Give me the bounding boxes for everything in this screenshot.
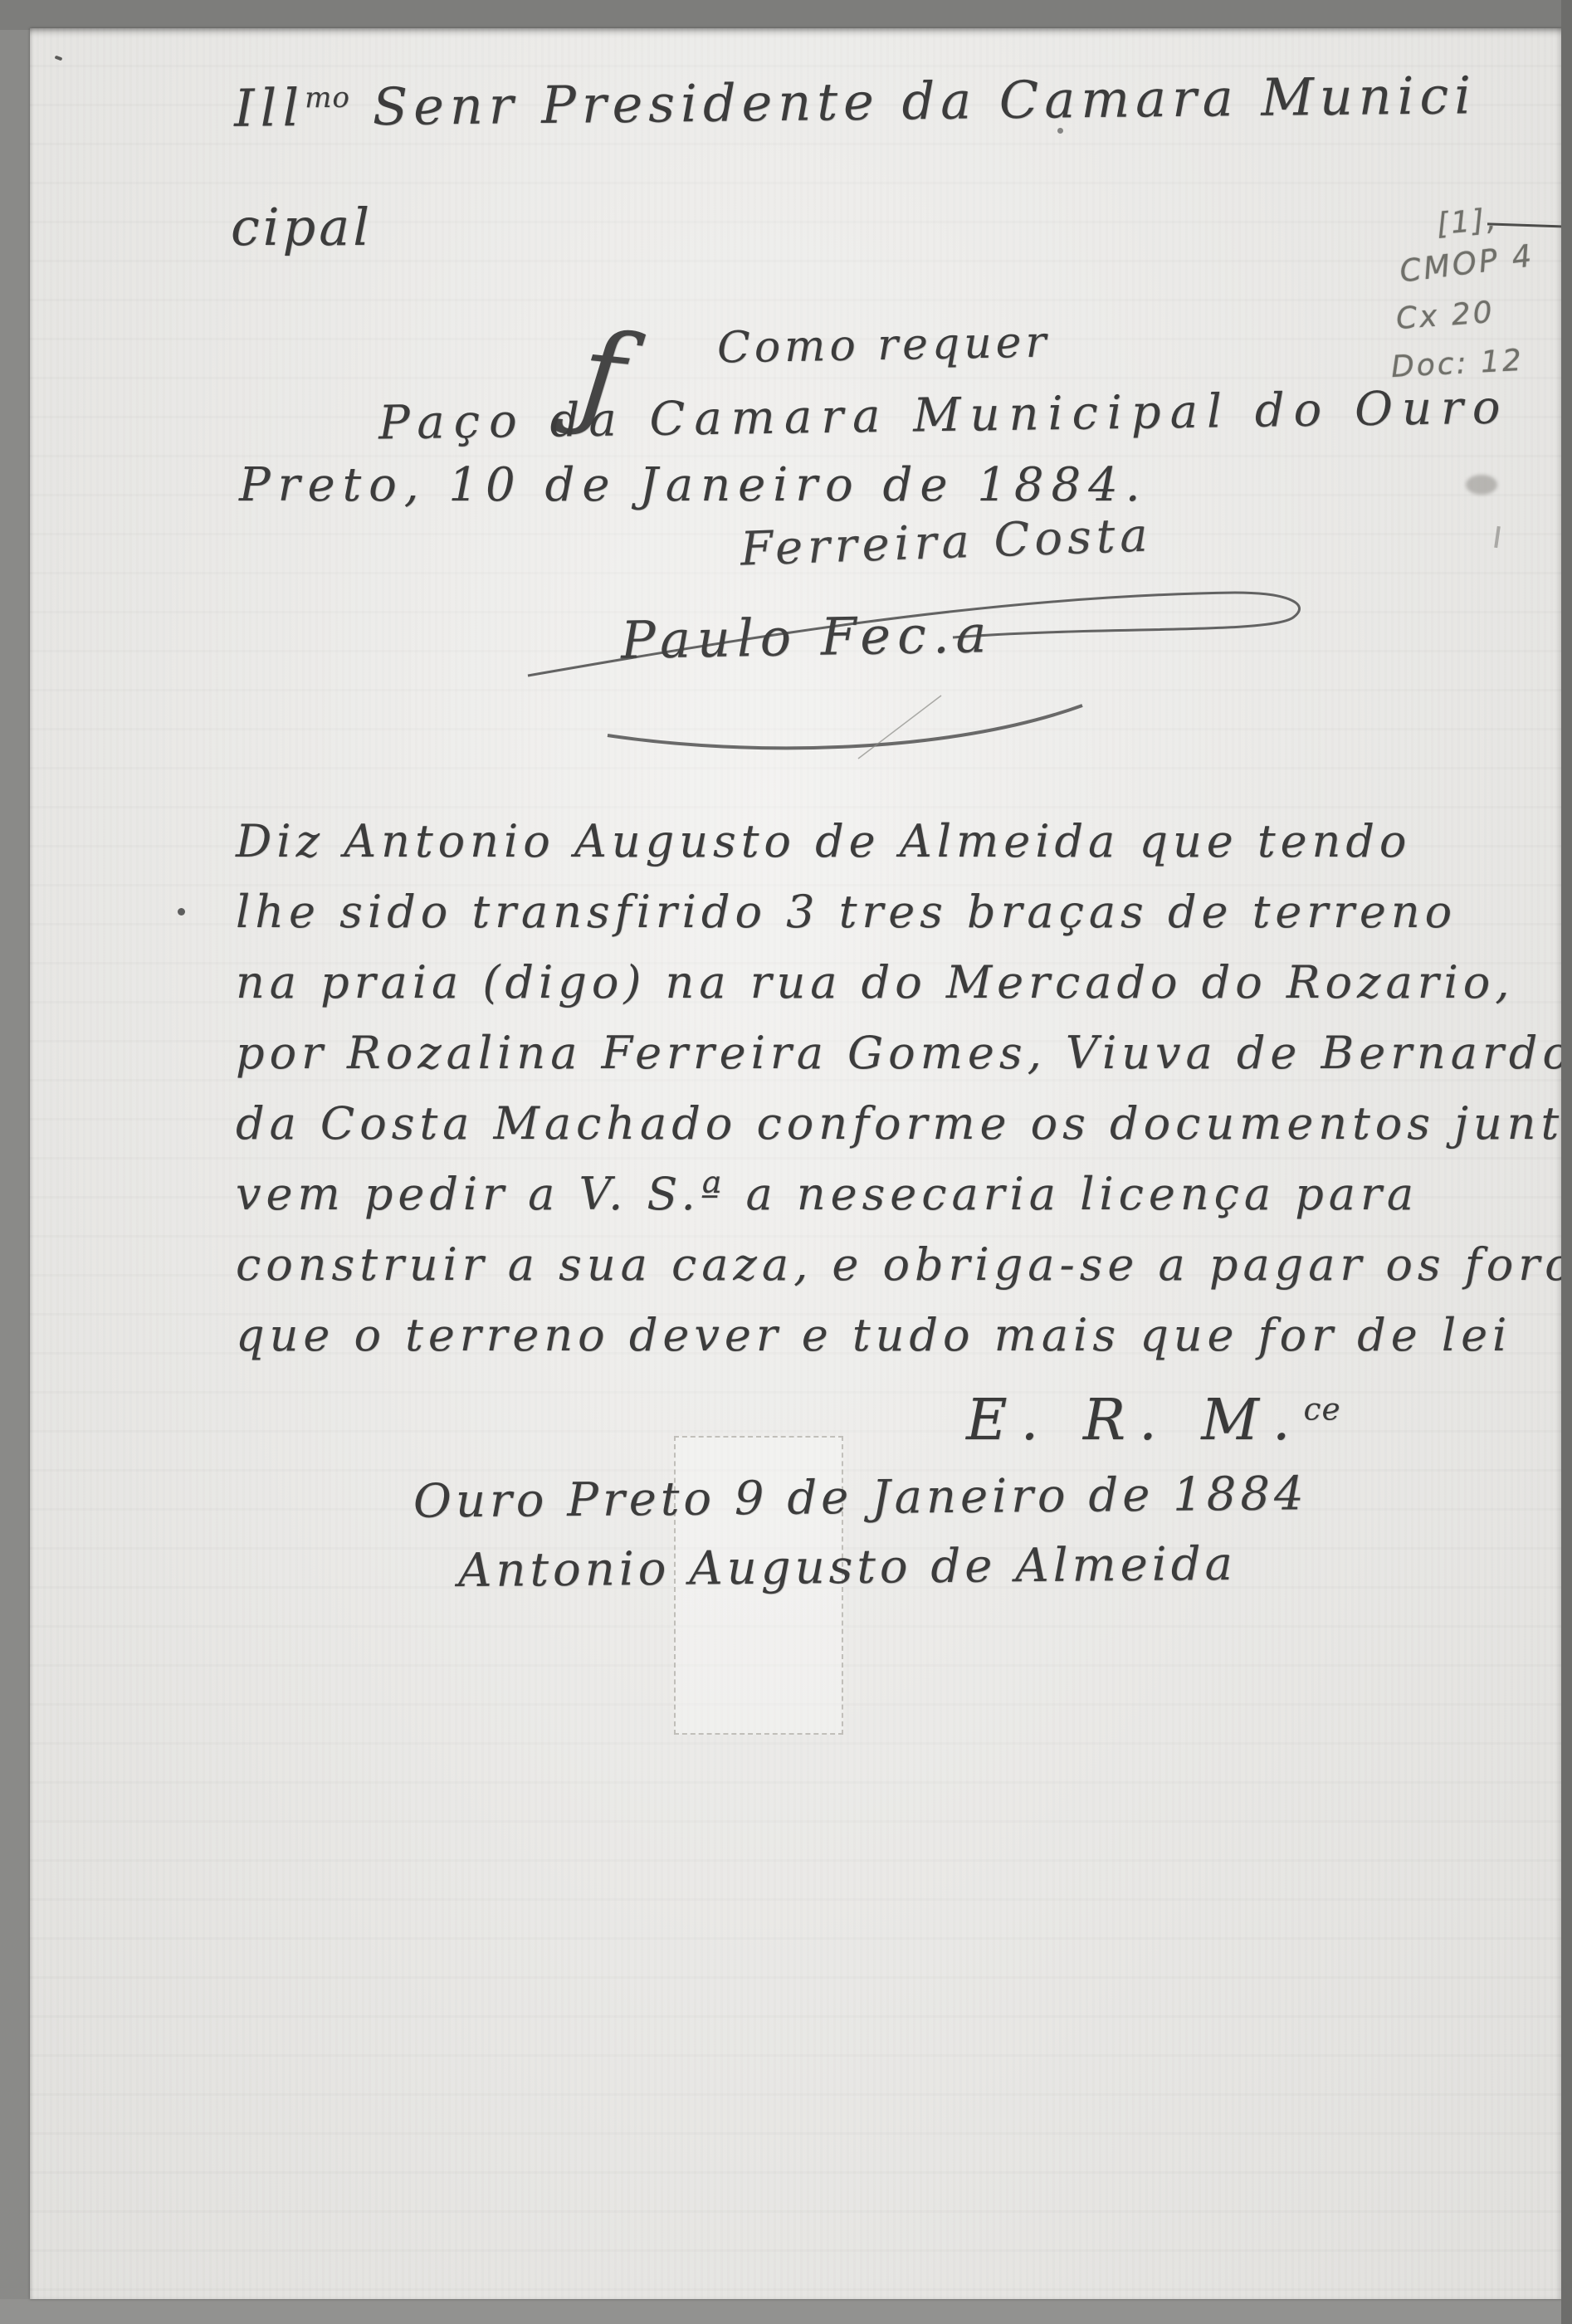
closing-formula: E. R. M.ce: [966, 1388, 1341, 1453]
archival-doc-code: Doc: 12: [1390, 344, 1525, 384]
petition-line: construir a sua caza, e obriga-se a paga…: [236, 1238, 1572, 1291]
petition-line: na praia (digo) na rua do Mercado do Roz…: [236, 956, 1514, 1008]
dispatch-place-line-2: Preto, 10 de Janeiro de 1884.: [239, 458, 1148, 512]
archival-box-code: Cx 20: [1395, 295, 1496, 336]
scanner-background-top: [0, 0, 1572, 30]
scanner-background-bottom: [0, 2299, 1572, 2324]
signature-paulo-fec: Paulo Fec.a: [620, 603, 993, 671]
paper-smudge: [1466, 475, 1497, 495]
petition-line: vem pedir a V. S.ª a nesecaria licença p…: [236, 1168, 1418, 1220]
scanner-background-right: [1561, 0, 1572, 2324]
salutation-line-1: Illmo Senr Presidente da Camara Munici: [234, 65, 1477, 139]
paper-speck: [1057, 128, 1063, 134]
document-scan-page: { "header": { "prefix": "Ill", "sup": "m…: [0, 0, 1572, 2324]
dispatch-decision: Como requer: [717, 318, 1051, 373]
petition-line: por Rozalina Ferreira Gomes, Viuva de Be…: [236, 1027, 1572, 1079]
salutation-prefix: Ill: [234, 77, 305, 139]
salutation-line-2: cipal: [231, 197, 373, 257]
petition-line: lhe sido transfirido 3 tres braças de te…: [236, 886, 1457, 938]
salutation-rest: Senr Presidente da Camara Munici: [350, 65, 1477, 137]
closing-superscript: ce: [1304, 1390, 1341, 1427]
petition-line: que o terreno dever e tudo mais que for …: [236, 1309, 1511, 1361]
margin-dot: [178, 908, 185, 915]
paper-sheet: Illmo Senr Presidente da Camara Munici c…: [30, 28, 1564, 2299]
archival-fonds-code: CMOP 4: [1398, 237, 1536, 289]
salutation-underline: [1487, 222, 1567, 227]
petition-line: Diz Antonio Augusto de Almeida que tendo: [236, 815, 1411, 867]
salutation-superscript: mo: [305, 81, 350, 115]
paper-speck: [55, 56, 63, 61]
petition-line: da Costa Machado conforme os documentos …: [236, 1097, 1572, 1150]
paper-smudge: [1494, 526, 1501, 548]
closing-text: E. R. M.: [966, 1388, 1304, 1453]
petition-place-date: Ouro Preto 9 de Janeiro de 1884: [413, 1467, 1308, 1528]
archival-ref-number: [1],: [1435, 203, 1500, 242]
signature-flourish-2: [584, 692, 1116, 762]
dispatch-place-line-1: Paço da Camara Municipal do Ouro: [378, 380, 1510, 450]
signature-antonio-augusto: Antonio Augusto de Almeida: [458, 1537, 1237, 1598]
